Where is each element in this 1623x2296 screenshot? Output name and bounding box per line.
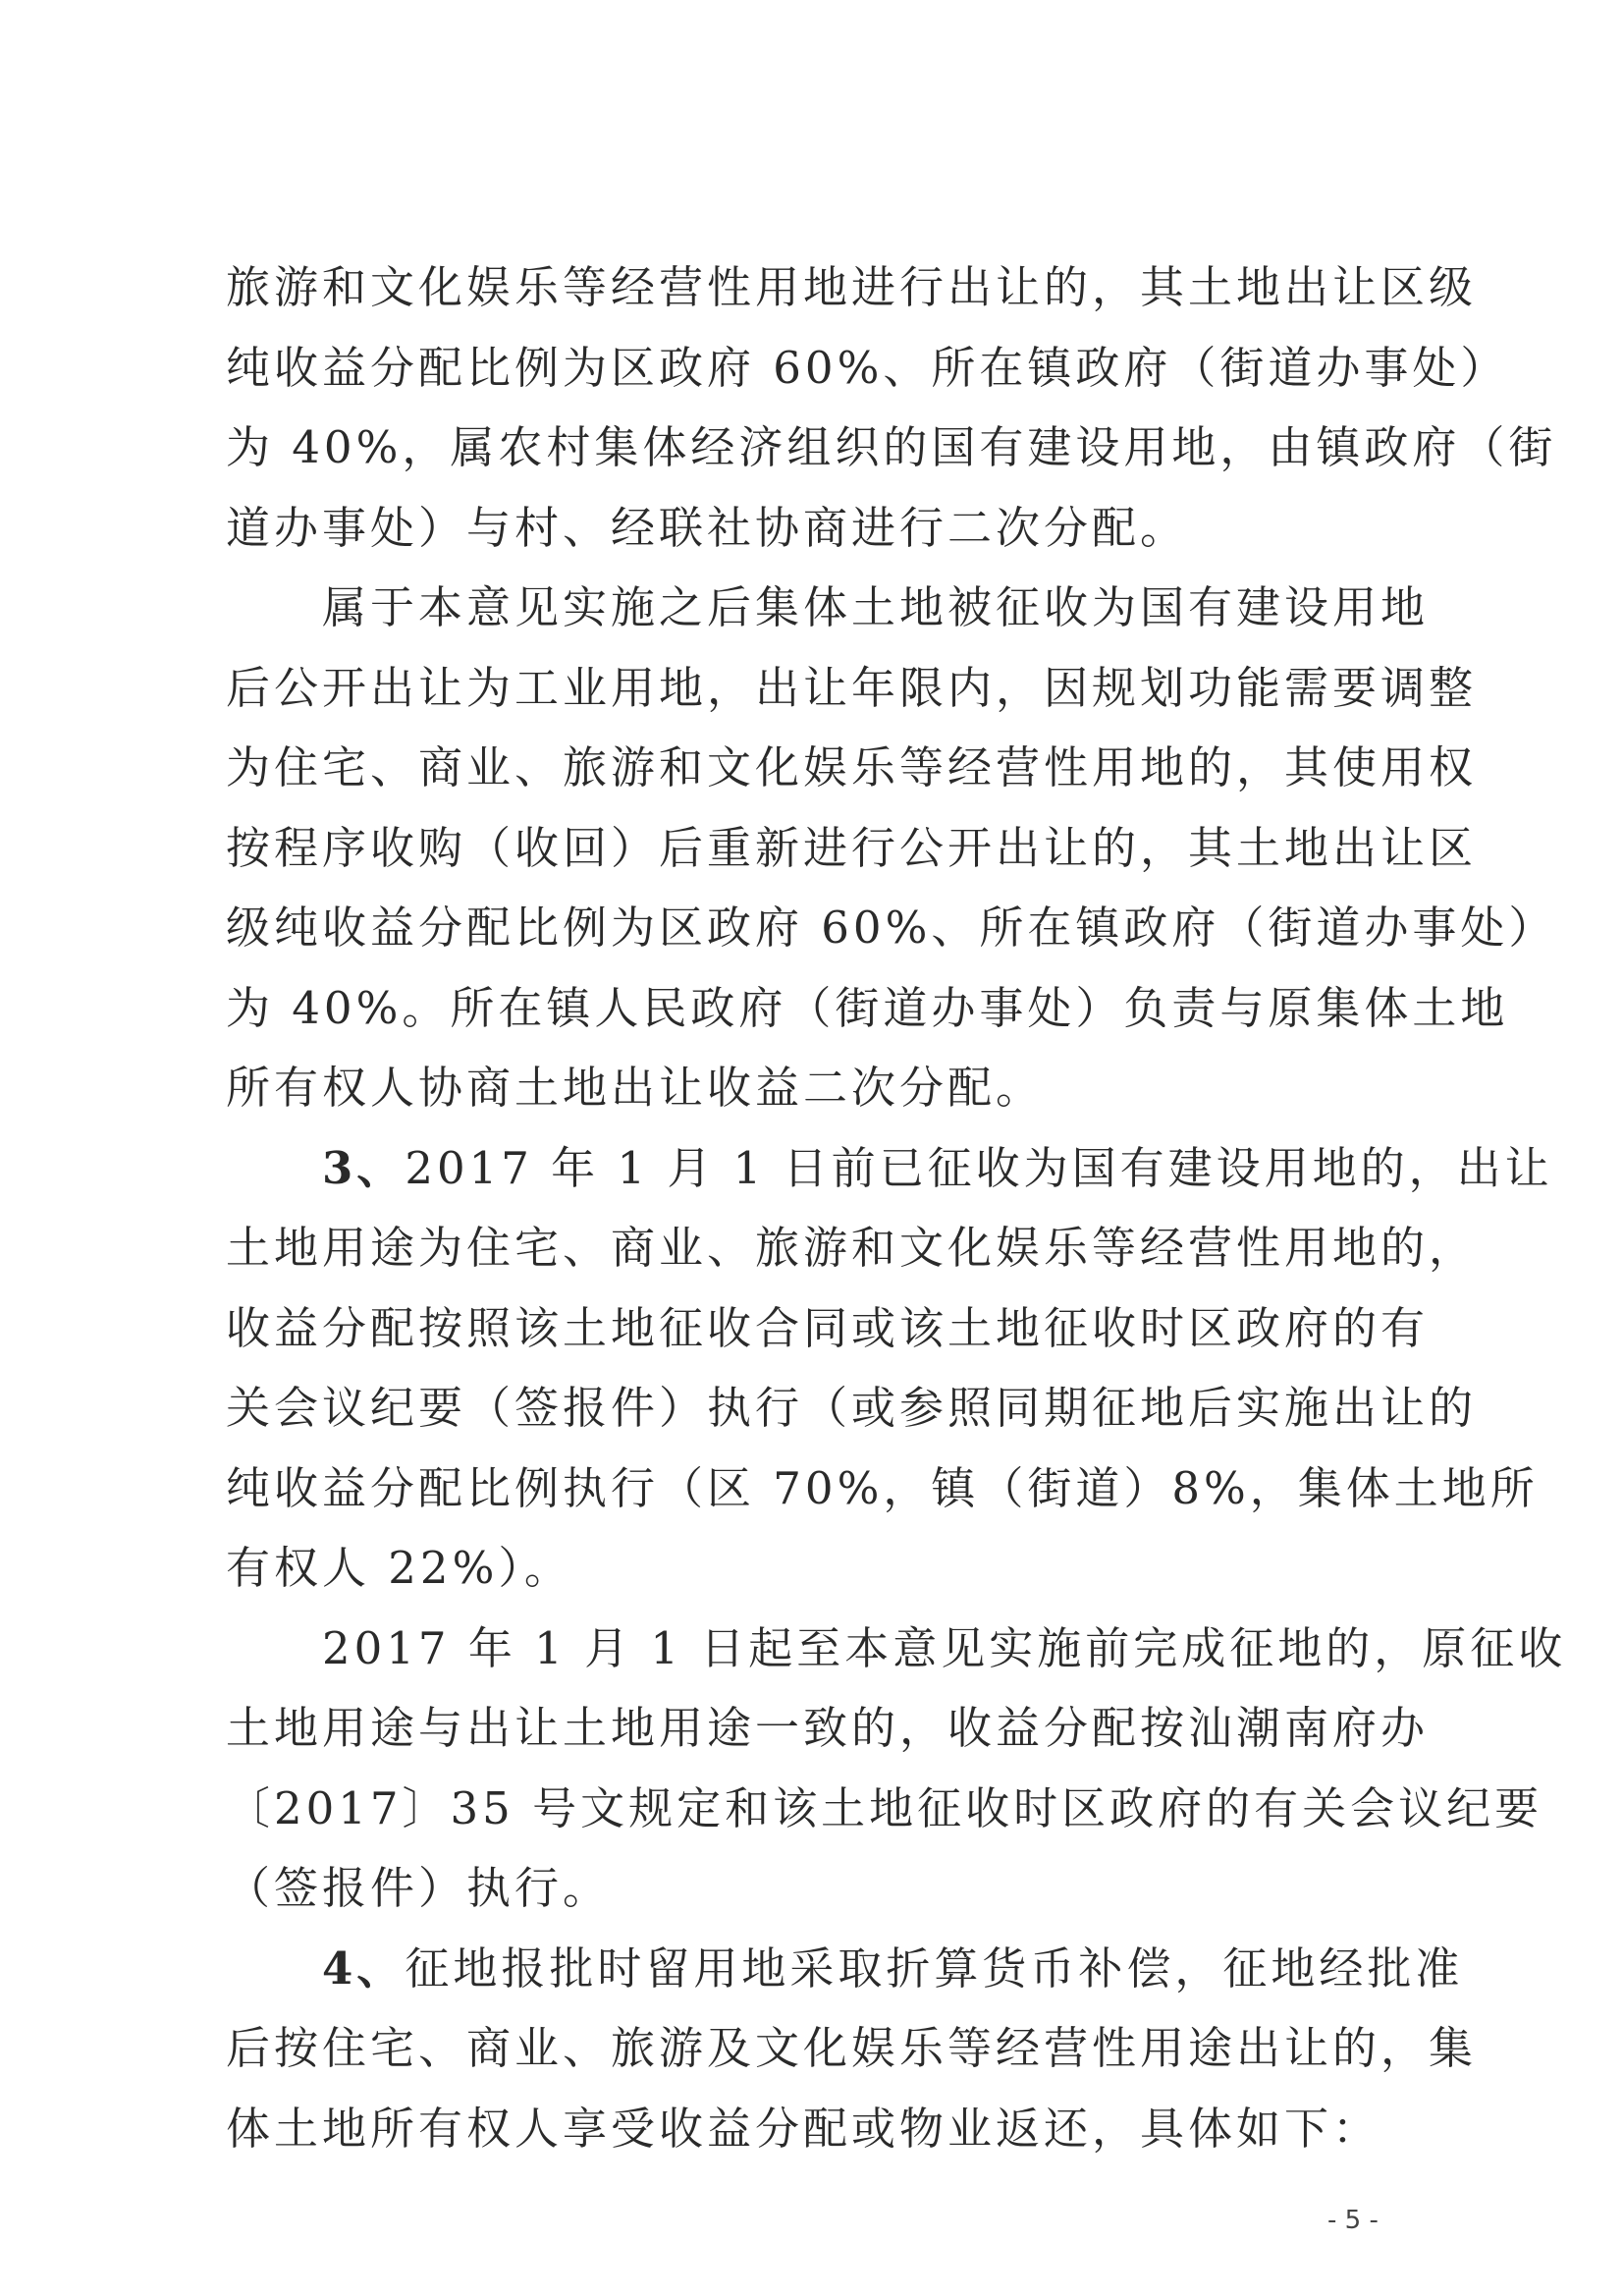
document-page: 旅游和文化娱乐等经营性用地进行出让的，其土地出让区级 纯收益分配比例为区政府 6… bbox=[0, 0, 1623, 2296]
text-line: 关会议纪要（签报件）执行（或参照同期征地后实施出让的 bbox=[226, 1368, 1384, 1449]
text-line: （签报件）执行。 bbox=[226, 1848, 1384, 1929]
text-line: 土地用途与出让土地用途一致的，收益分配按汕潮南府办 bbox=[226, 1688, 1384, 1769]
text-line: 为 40%。所在镇人民政府（街道办事处）负责与原集体土地 bbox=[226, 968, 1384, 1049]
text-content: 2017 年 1 月 1 日前已征收为国有建设用地的，出让 bbox=[405, 1142, 1552, 1194]
page-number: - 5 - bbox=[1327, 2206, 1379, 2235]
text-line: 纯收益分配比例为区政府 60%、所在镇政府（街道办事处） bbox=[226, 328, 1384, 409]
text-line: 为 40%，属农村集体经济组织的国有建设用地，由镇政府（街 bbox=[226, 408, 1384, 488]
text-line: 所有权人协商土地出让收益二次分配。 bbox=[226, 1048, 1384, 1128]
text-line: 道办事处）与村、经联社协商进行二次分配。 bbox=[226, 488, 1384, 569]
text-line: 级纯收益分配比例为区政府 60%、所在镇政府（街道办事处） bbox=[226, 888, 1384, 968]
text-line: 2017 年 1 月 1 日起至本意见实施前完成征地的，原征收 bbox=[226, 1609, 1384, 1689]
text-line: 有权人 22%）。 bbox=[226, 1528, 1384, 1609]
text-line: 〔2017〕35 号文规定和该土地征收时区政府的有关会议纪要 bbox=[226, 1769, 1384, 1849]
text-line: 纯收益分配比例执行（区 70%，镇（街道）8%，集体土地所 bbox=[226, 1449, 1384, 1529]
text-content: 征地报批时留用地采取折算货币补偿，征地经批准 bbox=[405, 1942, 1463, 1995]
document-body: 旅游和文化娱乐等经营性用地进行出让的，其土地出让区级 纯收益分配比例为区政府 6… bbox=[226, 247, 1384, 2168]
item-number: 3、 bbox=[322, 1142, 405, 1194]
text-line: 按程序收购（收回）后重新进行公开出让的，其土地出让区 bbox=[226, 808, 1384, 889]
text-line: 收益分配按照该土地征收合同或该土地征收时区政府的有 bbox=[226, 1288, 1384, 1369]
text-line: 旅游和文化娱乐等经营性用地进行出让的，其土地出让区级 bbox=[226, 247, 1384, 328]
text-line: 土地用途为住宅、商业、旅游和文化娱乐等经营性用地的， bbox=[226, 1208, 1384, 1288]
text-line: 3、2017 年 1 月 1 日前已征收为国有建设用地的，出让 bbox=[226, 1128, 1384, 1209]
item-number: 4、 bbox=[322, 1942, 405, 1995]
text-line: 属于本意见实施之后集体土地被征收为国有建设用地 bbox=[226, 568, 1384, 648]
text-line: 为住宅、商业、旅游和文化娱乐等经营性用地的，其使用权 bbox=[226, 728, 1384, 808]
text-line: 后按住宅、商业、旅游及文化娱乐等经营性用途出让的，集 bbox=[226, 2008, 1384, 2089]
text-line: 4、征地报批时留用地采取折算货币补偿，征地经批准 bbox=[226, 1929, 1384, 2009]
text-line: 体土地所有权人享受收益分配或物业返还，具体如下： bbox=[226, 2089, 1384, 2169]
text-line: 后公开出让为工业用地，出让年限内，因规划功能需要调整 bbox=[226, 648, 1384, 729]
